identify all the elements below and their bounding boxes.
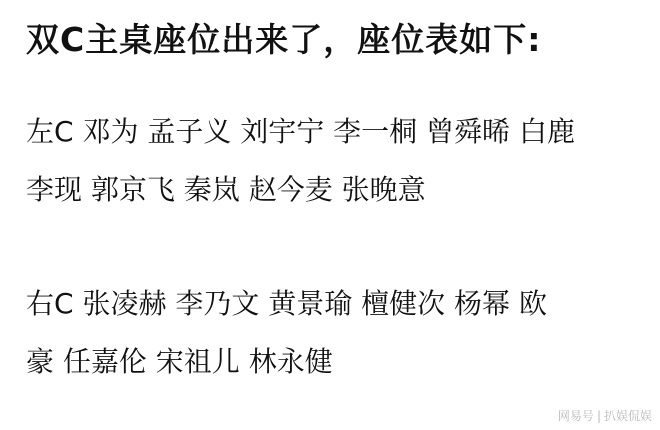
watermark: 网易号|扒娱侃娱 xyxy=(558,407,652,424)
post-title: 双C主桌座位出来了，座位表如下: xyxy=(26,14,541,61)
right-c-seating-line-2: 豪 任嘉伦 宋祖儿 林永健 xyxy=(26,340,333,380)
watermark-separator: | xyxy=(597,409,601,423)
left-c-seating-line-2: 李现 郭京飞 秦岚 赵今麦 张晚意 xyxy=(26,168,426,208)
left-c-seating-line-1: 左C 邓为 孟子义 刘宇宁 李一桐 曾舜晞 白鹿 xyxy=(26,110,575,150)
watermark-author: 扒娱侃娱 xyxy=(604,409,652,423)
watermark-platform: 网易号 xyxy=(558,409,594,423)
right-c-seating-line-1: 右C 张凌赫 李乃文 黄景瑜 檀健次 杨幂 欧 xyxy=(26,282,547,322)
